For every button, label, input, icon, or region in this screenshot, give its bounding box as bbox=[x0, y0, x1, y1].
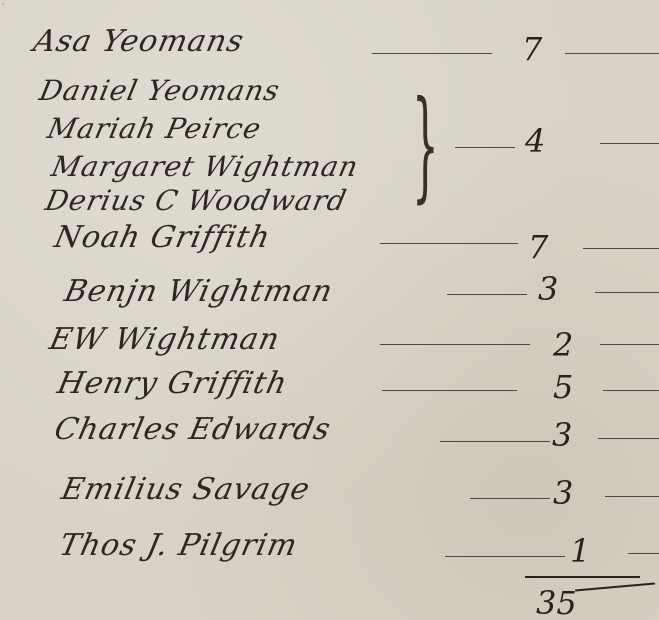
total-count: 35 bbox=[536, 584, 577, 620]
leader-line bbox=[447, 294, 527, 295]
leader-line bbox=[455, 147, 515, 148]
total-rule-flourish bbox=[575, 583, 655, 592]
leader-line bbox=[470, 498, 550, 499]
entry-count: 3 bbox=[538, 270, 558, 308]
corner-ink-mark: · bbox=[2, 0, 5, 9]
entry-count: 3 bbox=[552, 416, 572, 454]
leader-line bbox=[595, 292, 659, 293]
entry-name: Henry Griffith bbox=[54, 366, 291, 401]
ledger-page: · Asa Yeomans 7 Daniel Yeomans Mariah Pe… bbox=[0, 0, 659, 620]
entry-count: 5 bbox=[553, 368, 573, 406]
entry-name: Noah Griffith bbox=[51, 220, 274, 255]
group-brace: } bbox=[412, 86, 439, 206]
leader-line bbox=[603, 390, 659, 391]
leader-line bbox=[600, 344, 659, 345]
leader-line bbox=[380, 344, 530, 345]
entry-name: Mariah Peirce bbox=[44, 112, 264, 145]
leader-line bbox=[380, 243, 518, 244]
entry-count: 7 bbox=[522, 30, 542, 68]
entry-count: 1 bbox=[570, 532, 590, 570]
entry-name: Emilius Savage bbox=[58, 472, 313, 507]
entry-name: Thos J. Pilgrim bbox=[56, 528, 301, 563]
leader-line bbox=[605, 496, 659, 497]
entry-name: Derius C Woodward bbox=[42, 184, 349, 217]
entry-name: Margaret Wightman bbox=[48, 150, 361, 183]
leader-line bbox=[440, 441, 550, 442]
leader-line bbox=[445, 556, 565, 557]
leader-line bbox=[600, 143, 659, 144]
leader-line bbox=[598, 438, 659, 439]
group-count: 4 bbox=[525, 122, 545, 160]
entry-name: EW Wightman bbox=[46, 322, 283, 357]
entry-name: Benjn Wightman bbox=[61, 274, 336, 309]
leader-line bbox=[583, 248, 659, 249]
total-rule bbox=[525, 576, 640, 578]
entry-count: 2 bbox=[553, 326, 573, 364]
leader-line bbox=[565, 53, 659, 54]
entry-name: Daniel Yeomans bbox=[36, 74, 283, 107]
entry-name: Asa Yeomans bbox=[30, 24, 247, 59]
entry-name: Charles Edwards bbox=[51, 412, 334, 447]
leader-line bbox=[382, 390, 517, 391]
entry-count: 3 bbox=[553, 474, 573, 512]
leader-line bbox=[628, 553, 659, 554]
entry-count: 7 bbox=[528, 228, 548, 266]
leader-line bbox=[372, 53, 492, 54]
